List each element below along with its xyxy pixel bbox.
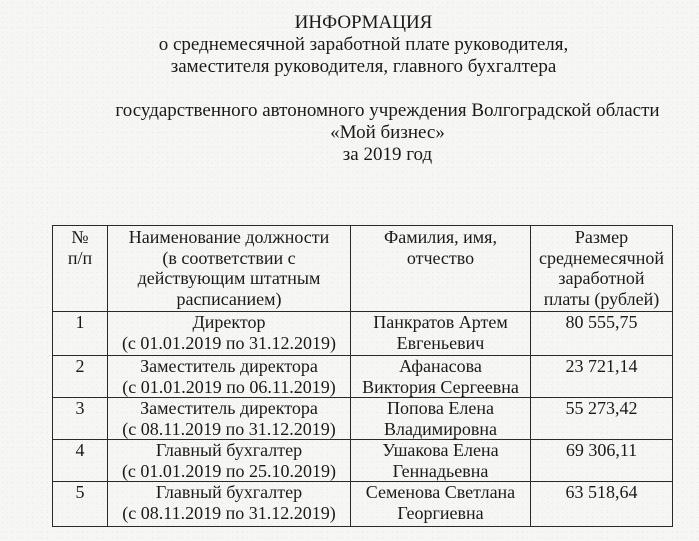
- name-line: Ушакова Елена: [353, 440, 528, 461]
- organization-name: «Мой бизнес»: [38, 122, 699, 144]
- header-position-line: расписанием): [110, 289, 348, 310]
- header-position-line: Наименование должности: [110, 227, 348, 248]
- table-row: 3 Заместитель директора (с 08.11.2019 по…: [53, 398, 673, 440]
- salary-table: № п/п Наименование должности (в соответс…: [52, 225, 673, 527]
- header-number: № п/п: [53, 226, 108, 312]
- position-title: Главный бухгалтер: [110, 482, 348, 503]
- name-line: Евгеньевич: [353, 333, 528, 354]
- row-name: Ушакова Елена Геннадьевна: [351, 440, 531, 482]
- name-line: Афанасова: [353, 356, 528, 377]
- row-number: 1: [53, 312, 108, 356]
- header-salary: Размер среднемесячной заработной платы (…: [531, 226, 673, 312]
- position-title: Заместитель директора: [110, 356, 348, 377]
- header-name: Фамилия, имя, отчество: [351, 226, 531, 312]
- name-line: Владимировна: [353, 419, 528, 440]
- name-line: Георгиевна: [353, 503, 528, 524]
- row-position: Главный бухгалтер (с 01.01.2019 по 25.10…: [108, 440, 351, 482]
- row-position: Главный бухгалтер (с 08.11.2019 по 31.12…: [108, 482, 351, 527]
- name-line: Семенова Светлана: [353, 482, 528, 503]
- row-position: Заместитель директора (с 08.11.2019 по 3…: [108, 398, 351, 440]
- document-subtitle-line-1: о среднемесячной заработной плате руково…: [14, 34, 699, 56]
- row-salary: 23 721,14: [531, 356, 673, 398]
- header-salary-line: заработной: [533, 268, 670, 289]
- organization-line-1: государственного автономного учреждения …: [38, 100, 699, 122]
- row-name: Афанасова Виктория Сергеевна: [351, 356, 531, 398]
- position-title: Директор: [110, 312, 348, 333]
- name-line: Геннадьевна: [353, 461, 528, 482]
- position-period: (с 01.01.2019 по 06.11.2019): [110, 377, 348, 398]
- row-salary: 80 555,75: [531, 312, 673, 356]
- table-row: 4 Главный бухгалтер (с 01.01.2019 по 25.…: [53, 440, 673, 482]
- row-name: Семенова Светлана Георгиевна: [351, 482, 531, 527]
- row-position: Заместитель директора (с 01.01.2019 по 0…: [108, 356, 351, 398]
- header-name-line: отчество: [353, 248, 528, 269]
- name-line: Виктория Сергеевна: [353, 377, 528, 398]
- row-number: 4: [53, 440, 108, 482]
- header-salary-line: платы (рублей): [533, 289, 670, 310]
- row-salary: 55 273,42: [531, 398, 673, 440]
- position-period: (с 01.01.2019 по 25.10.2019): [110, 461, 348, 482]
- table-row: 1 Директор (с 01.01.2019 по 31.12.2019) …: [53, 312, 673, 356]
- header-position: Наименование должности (в соответствии с…: [108, 226, 351, 312]
- row-number: 3: [53, 398, 108, 440]
- header-salary-line: Размер: [533, 227, 670, 248]
- name-line: Панкратов Артем: [353, 312, 528, 333]
- document-subtitle-line-2: заместителя руководителя, главного бухга…: [14, 56, 699, 78]
- position-period: (с 01.01.2019 по 31.12.2019): [110, 333, 348, 354]
- position-period: (с 08.11.2019 по 31.12.2019): [110, 419, 348, 440]
- row-name: Панкратов Артем Евгеньевич: [351, 312, 531, 356]
- position-period: (с 08.11.2019 по 31.12.2019): [110, 503, 348, 524]
- organization-heading: государственного автономного учреждения …: [38, 100, 699, 166]
- table-header-row: № п/п Наименование должности (в соответс…: [53, 226, 673, 312]
- row-number: 5: [53, 482, 108, 527]
- document-heading: ИНФОРМАЦИЯ о среднемесячной заработной п…: [14, 12, 699, 78]
- document-title: ИНФОРМАЦИЯ: [14, 12, 699, 34]
- reporting-period: за 2019 год: [38, 144, 699, 166]
- table-row: 5 Главный бухгалтер (с 08.11.2019 по 31.…: [53, 482, 673, 527]
- row-salary: 63 518,64: [531, 482, 673, 527]
- row-number: 2: [53, 356, 108, 398]
- row-salary: 69 306,11: [531, 440, 673, 482]
- header-position-line: (в соответствии с: [110, 248, 348, 269]
- position-title: Главный бухгалтер: [110, 440, 348, 461]
- header-number-line: №: [55, 227, 105, 248]
- header-position-line: действующим штатным: [110, 268, 348, 289]
- header-number-line: п/п: [55, 248, 105, 269]
- header-salary-line: среднемесячной: [533, 248, 670, 269]
- row-name: Попова Елена Владимировна: [351, 398, 531, 440]
- name-line: Попова Елена: [353, 398, 528, 419]
- header-name-line: Фамилия, имя,: [353, 227, 528, 248]
- position-title: Заместитель директора: [110, 398, 348, 419]
- table-row: 2 Заместитель директора (с 01.01.2019 по…: [53, 356, 673, 398]
- row-position: Директор (с 01.01.2019 по 31.12.2019): [108, 312, 351, 356]
